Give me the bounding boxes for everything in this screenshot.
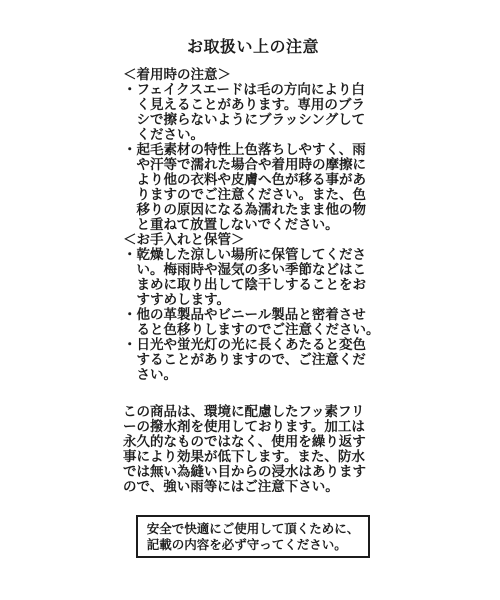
safety-notice-text: 安全で快適にご使用して頂くために、 記載の内容を必ず守ってください。 xyxy=(147,521,360,552)
care-instruction-item: ・起毛素材の特性上色落ちしやすく、雨 や汗等で濡れた場合や着用時の摩擦に より他… xyxy=(123,143,383,233)
care-instruction-item: ・日光や蛍光灯の光に長くあたると変色 することがありますので、ご注意くだ さい。 xyxy=(123,338,383,383)
care-instruction-item: ・フェイクスエードは毛の方向により白 く見えることがあります。専用のブラ シで擦… xyxy=(123,83,383,143)
care-instruction-item: ・他の革製品やビニール製品と密着させ ると色移りしますのでご注意ください。 xyxy=(123,308,383,338)
water-repellent-note: この商品は、環境に配慮したフッ素フリ ーの撥水剤を使用しております。加工は 永久… xyxy=(123,405,383,495)
safety-notice-box: 安全で快適にご使用して頂くために、 記載の内容を必ず守ってください。 xyxy=(136,515,371,558)
section-heading-care-storage: ＜お手入れと保管＞ xyxy=(123,233,383,248)
content-column: お取扱い上の注意 ＜着用時の注意＞ ・フェイクスエードは毛の方向により白 く見え… xyxy=(123,0,383,558)
care-instruction-item: ・乾燥した涼しい場所に保管してくださ い。梅雨時や湿気の多い季節などはこ まめに… xyxy=(123,248,383,308)
section-heading-wearing: ＜着用時の注意＞ xyxy=(123,68,383,83)
page-title: お取扱い上の注意 xyxy=(123,38,383,56)
care-label-page: お取扱い上の注意 ＜着用時の注意＞ ・フェイクスエードは毛の方向により白 く見え… xyxy=(0,0,500,600)
